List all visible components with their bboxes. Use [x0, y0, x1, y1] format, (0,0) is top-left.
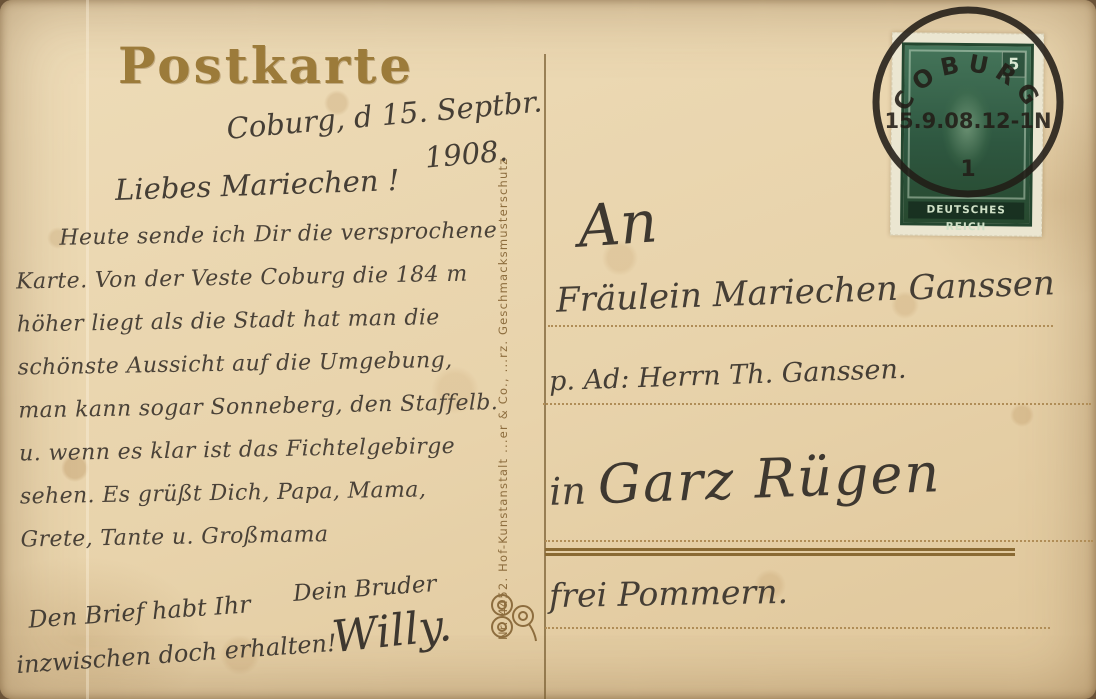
postmark-town: COBURG — [887, 49, 1048, 116]
message-line: man kann sogar Sonneberg, den Staffelb. — [18, 381, 534, 433]
postscript-line-1: Den Brief habt Ihr — [27, 590, 251, 633]
center-divider-line — [544, 54, 546, 699]
address-dotted-line-1 — [548, 325, 1053, 327]
address-intro: An — [576, 187, 660, 260]
postkarte-heading: Postkarte — [118, 36, 414, 95]
address-recipient-line: Fräulein Mariechen Ganssen — [555, 263, 1055, 320]
postmark-index: 1 — [960, 157, 975, 182]
postscript-line-2: inzwischen doch erhalten! — [15, 629, 337, 679]
dateline-year: 1908. — [423, 124, 548, 180]
message-line: Karte. Von der Veste Coburg die 184 m — [16, 252, 532, 304]
address-dotted-line-2 — [543, 403, 1091, 405]
stamp-country-banner: DEUTSCHES REICH — [908, 201, 1024, 219]
address-region-line: frei Pommern. — [549, 572, 789, 615]
address-place-prefix: in — [549, 468, 599, 514]
address-care-of-line: p. Ad: Herrn Th. Ganssen. — [549, 354, 907, 397]
message-body: Heute sende ich Dir die versprochene Kar… — [15, 209, 536, 562]
message-line: Grete, Tante u. Großmama — [20, 509, 536, 561]
address-place-name: Garz Rügen — [597, 441, 942, 516]
closing-line: Dein Bruder — [292, 571, 437, 607]
postcard-scan: Postkarte Coburg, d 15. Septbr. 1908. Li… — [0, 0, 1096, 699]
postmark-stamp-icon: COBURG 15.9.08.12-1N 1 — [862, 4, 1074, 204]
cloverleaf-logo-icon — [487, 591, 537, 643]
address-dotted-line-4 — [545, 627, 1050, 629]
address-place-line: in Garz Rügen — [548, 441, 942, 518]
address-thick-rule — [545, 548, 1015, 556]
publisher-imprint: Nr. 4452. Hof-Kunstanstalt ...er & Co., … — [496, 80, 510, 640]
svg-text:COBURG: COBURG — [887, 49, 1048, 116]
salutation: Liebes Mariechen ! — [114, 163, 399, 207]
postmark-date: 15.9.08.12-1N — [884, 109, 1051, 133]
address-dotted-line-3 — [545, 540, 1093, 542]
signature: Willy. — [330, 600, 454, 663]
